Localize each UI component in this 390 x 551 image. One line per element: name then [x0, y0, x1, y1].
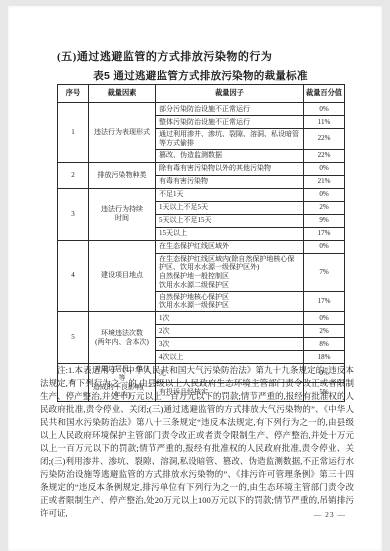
factor-detail-cell: 在生态保护红线区域内(除自然保护地核心保护区、饮用水水源一级保护区外) 自然保护…	[156, 253, 304, 291]
table-header-row: 序号 裁量因素 裁量因子 裁量百分值	[58, 85, 345, 103]
factor-detail-cell: 通过利用渗井、渗坑、裂隙、溶洞、私设暗管等方式偷排	[156, 129, 304, 150]
percent-cell: 17%	[304, 291, 345, 312]
table-row: 3违法行为持续 时间不足1天0%	[58, 188, 345, 201]
percent-cell: 11%	[304, 116, 345, 129]
factor-detail-cell: 篡改、伪造监测数据	[156, 149, 304, 162]
factor-detail-cell: 4次以上	[156, 351, 304, 364]
percent-cell: 22%	[304, 129, 345, 150]
factor-detail-cell: 1天以上不足5天	[156, 201, 304, 214]
percent-cell: 0%	[304, 162, 345, 175]
percent-cell: 0%	[304, 312, 345, 325]
header-cell-percent: 裁量百分值	[304, 85, 345, 103]
discretion-table: 序号 裁量因素 裁量因子 裁量百分值 1违法行为表现形式部分污染防治设施不正常运…	[57, 84, 345, 402]
factor-detail-cell: 5天以上不足15天	[156, 214, 304, 227]
factor-detail-cell: 除有毒有害污染物以外的其他污染物	[156, 162, 304, 175]
factor-cell: 违法行为持续 时间	[89, 188, 156, 240]
percent-cell: 8%	[304, 338, 345, 351]
row-number-cell: 4	[58, 240, 89, 312]
percent-cell: 7%	[304, 253, 345, 291]
table-row: 2排放污染物种类除有毒有害污染物以外的其他污染物0%	[58, 162, 345, 175]
percent-cell: 0%	[304, 103, 345, 116]
page-number: — 23 —	[314, 510, 346, 519]
percent-cell: 9%	[304, 214, 345, 227]
factor-detail-cell: 有毒有害污染物	[156, 175, 304, 188]
header-cell-detail: 裁量因子	[156, 85, 304, 103]
factor-detail-cell: 1次	[156, 312, 304, 325]
factor-detail-cell: 部分污染防治设施不正常运行	[156, 103, 304, 116]
row-number-cell: 5	[58, 312, 89, 364]
percent-cell: 2%	[304, 325, 345, 338]
table-body: 1违法行为表现形式部分污染防治设施不正常运行0%整体污染防治设施不正常运行11%…	[58, 103, 345, 402]
row-number-cell: 1	[58, 103, 89, 163]
factor-detail-cell: 自然保护地核心保护区 饮用水水源一级保护区	[156, 291, 304, 312]
factor-cell: 违法行为表现形式	[89, 103, 156, 163]
table-row: 1违法行为表现形式部分污染防治设施不正常运行0%	[58, 103, 345, 116]
header-cell-factor: 裁量因素	[89, 85, 156, 103]
factor-detail-cell: 15天以上	[156, 227, 304, 240]
table-row: 5环境违法次数 (两年内、含本次)1次0%	[58, 312, 345, 325]
percent-cell: 18%	[304, 351, 345, 364]
percent-cell: 22%	[304, 149, 345, 162]
row-number-cell: 2	[58, 162, 89, 188]
table-row: 4建设项目地点在生态保护红线区域外0%	[58, 240, 345, 253]
percent-cell: 0%	[304, 188, 345, 201]
row-number-cell: 3	[58, 188, 89, 240]
percent-cell: 17%	[304, 227, 345, 240]
factor-detail-cell: 不足1天	[156, 188, 304, 201]
percent-cell: 21%	[304, 175, 345, 188]
header-cell-no: 序号	[58, 85, 89, 103]
percent-cell: 2%	[304, 201, 345, 214]
factor-cell: 排放污染物种类	[89, 162, 156, 188]
factor-detail-cell: 2次	[156, 325, 304, 338]
footnote-text: 注:1.本表适用于《中华人民共和国大气污染防治法》第九十九条规定的“违反本法规定…	[40, 364, 354, 520]
section-heading: (五)通过逃避监管的方式排放污染物的行为	[57, 48, 357, 64]
percent-cell: 0%	[304, 240, 345, 253]
factor-detail-cell: 3次	[156, 338, 304, 351]
table-title: 表5 通过逃避监管方式排放污染物的裁量标准	[57, 68, 344, 83]
factor-detail-cell: 整体污染防治设施不正常运行	[156, 116, 304, 129]
factor-detail-cell: 在生态保护红线区域外	[156, 240, 304, 253]
factor-cell: 建设项目地点	[89, 240, 156, 312]
factor-cell: 环境违法次数 (两年内、含本次)	[89, 312, 156, 364]
